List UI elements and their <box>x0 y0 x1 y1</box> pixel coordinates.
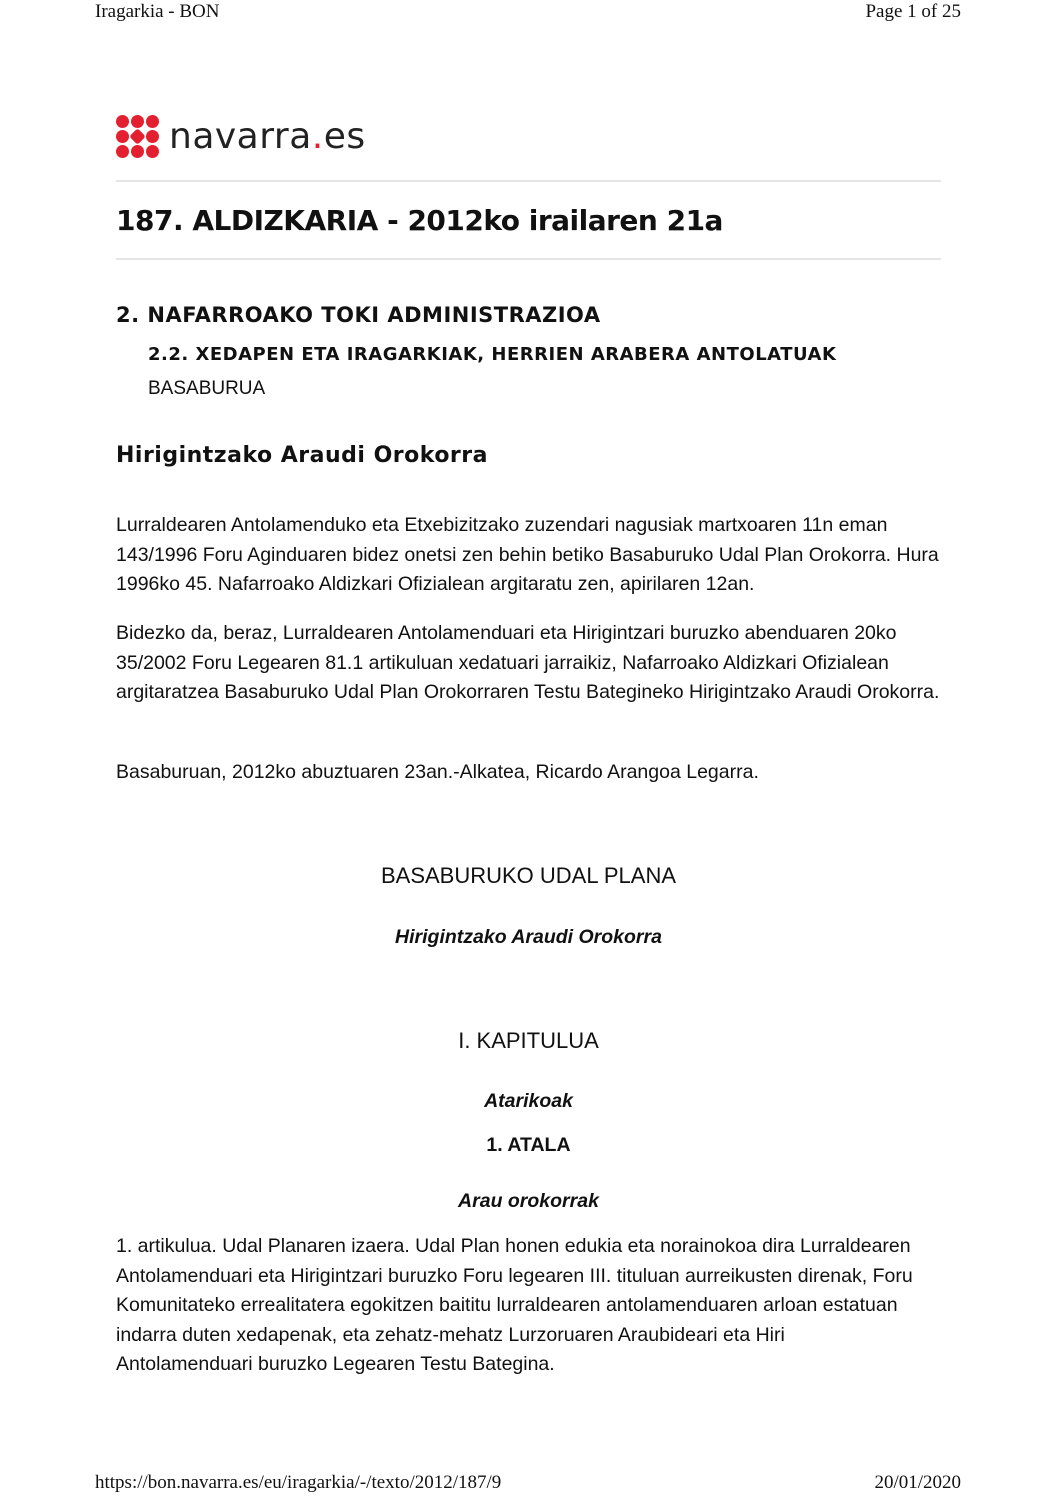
print-footer: https://bon.navarra.es/eu/iragarkia/-/te… <box>95 1472 961 1494</box>
chapter-subtitle: Atarikoak <box>0 1090 1057 1113</box>
logo-wordmark: navarra.es <box>169 116 366 157</box>
print-header-title: Iragarkia - BON <box>95 1 220 23</box>
notice-paragraph: Lurraldearen Antolamenduko eta Etxebizit… <box>116 511 946 600</box>
divider <box>116 258 941 260</box>
notice-paragraph: Bidezko da, beraz, Lurraldearen Antolame… <box>116 619 946 708</box>
navarra-logo[interactable]: navarra.es <box>116 115 366 158</box>
section-heading-level2: 2.2. XEDAPEN ETA IRAGARKIAK, HERRIEN ARA… <box>148 344 836 365</box>
issue-title: 187. ALDIZKARIA - 2012ko irailaren 21a <box>116 204 723 237</box>
article-paragraph: 1. artikulua. Udal Planaren izaera. Udal… <box>116 1232 916 1380</box>
divider <box>116 180 941 182</box>
navarra-dots-logo-icon <box>116 115 159 158</box>
notice-title: Hirigintzako Araudi Orokorra <box>116 443 488 468</box>
document-title: BASABURUKO UDAL PLANA <box>0 863 1057 889</box>
print-footer-date: 20/01/2020 <box>874 1472 961 1494</box>
print-header: Iragarkia - BON Page 1 of 25 <box>95 1 961 23</box>
section-name: Arau orokorrak <box>0 1190 1057 1213</box>
section-town: BASABURUA <box>148 378 265 400</box>
section-heading-level1: 2. NAFARROAKO TOKI ADMINISTRAZIOA <box>116 303 601 327</box>
print-footer-url[interactable]: https://bon.navarra.es/eu/iragarkia/-/te… <box>95 1472 501 1494</box>
document-subtitle: Hirigintzako Araudi Orokorra <box>0 926 1057 949</box>
print-header-page: Page 1 of 25 <box>865 1 961 23</box>
chapter-heading: I. KAPITULUA <box>0 1028 1057 1054</box>
section-number: 1. ATALA <box>0 1134 1057 1157</box>
notice-signature: Basaburuan, 2012ko abuztuaren 23an.-Alka… <box>116 758 946 788</box>
